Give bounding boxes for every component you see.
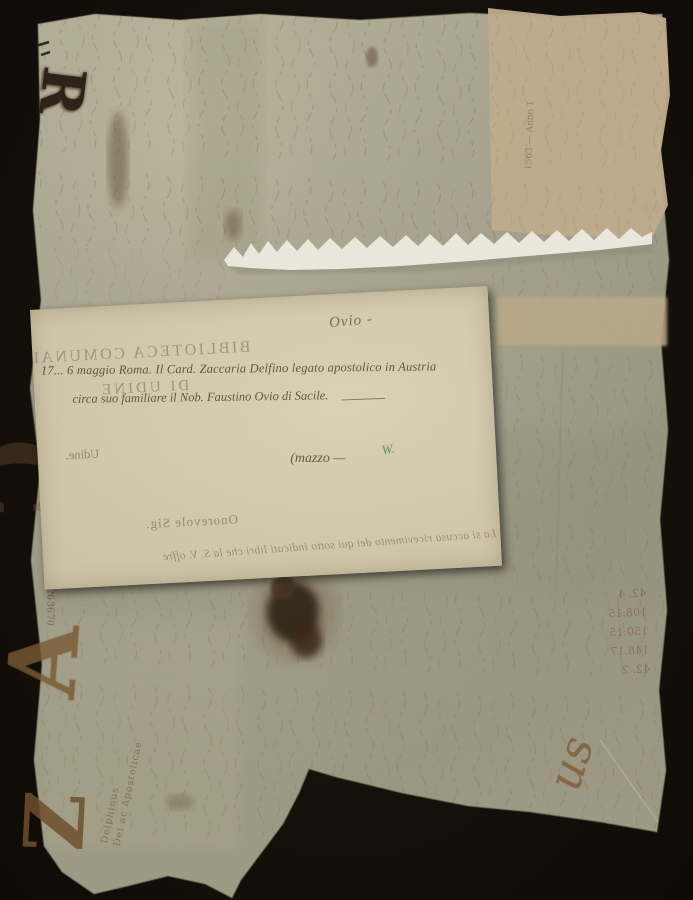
margin-number: 36 [45,601,55,612]
underline-mark [341,398,385,401]
handwritten-mazzo: (mazzo — [290,451,346,467]
tan-patch [497,297,667,346]
pasted-slip: Ovio - BIBLIOTECA COMUNALE DI UDINE 17..… [30,286,502,590]
margin-number: 26 [45,588,55,599]
big-letter-a: A [0,621,94,700]
big-letter-r: R [30,64,93,119]
slip-annotation-ovio: Ovio - [328,311,373,332]
stain-blob-large [255,570,335,660]
bleed-udine: Udine. [65,447,99,464]
green-pencil-mark: W. [381,441,396,459]
bleed-onorevole-sig: Onorevole Sig. [145,511,238,532]
big-letter-z: Z [9,789,94,853]
handwritten-line-2: circa suo familiare il Nob. Faustino Ovi… [72,388,328,407]
document-scan-stage: C R A Z us 12 26 36 70 42. 4 108:15 150:… [0,0,693,900]
handwritten-line-1: 17... 6 maggio Roma. Il Card. Zaccaria D… [41,359,437,378]
right-margin-numbers: 42. 4 108:15 150:15 148.17 42. 2 [542,583,651,683]
margin-number: 70 [45,614,55,625]
upper-right-fragment [488,8,670,238]
bleed-receipt-line: La si accusa ricevimento dei qui sotto i… [45,528,497,572]
